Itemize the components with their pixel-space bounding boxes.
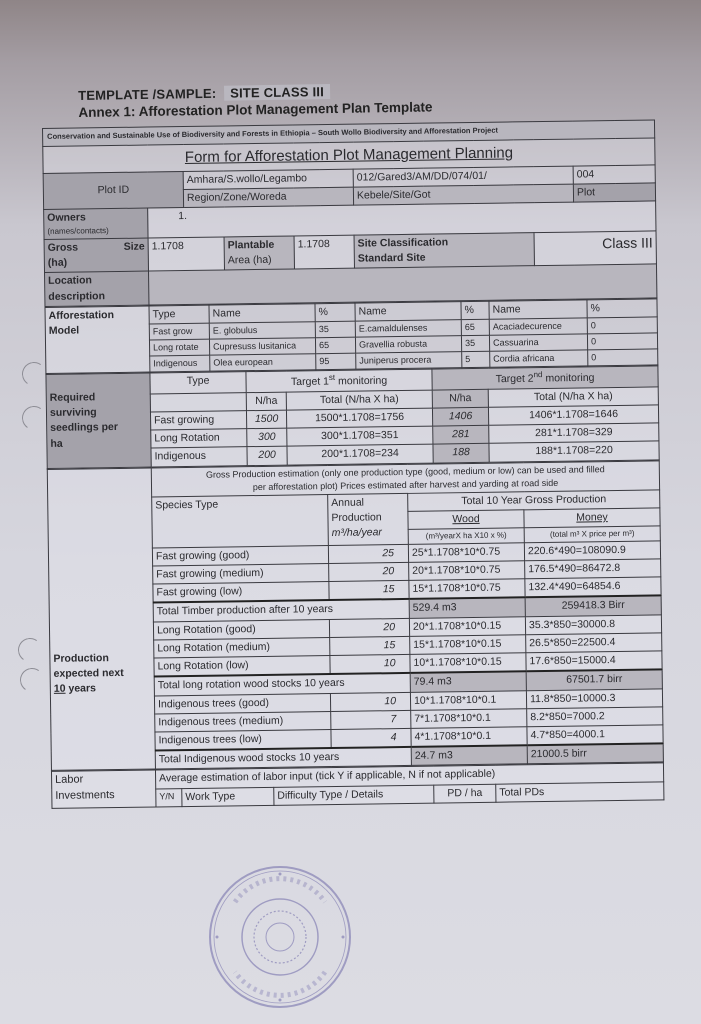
- seedlings-cell: 300*1.1708=351: [287, 426, 433, 446]
- punch-hole-mark: [18, 666, 46, 694]
- model-cell: Long rotate: [149, 339, 209, 356]
- total-header: Total (N/ha X ha): [488, 387, 658, 408]
- model-cell: 65: [461, 319, 489, 335]
- seedlings-cell: Long Rotation: [151, 429, 247, 449]
- model-cell: 0: [587, 333, 657, 350]
- production-cell: 15: [329, 581, 409, 601]
- model-cell: Juniperus procera: [356, 352, 462, 370]
- seedlings-cell: 1406: [432, 407, 488, 426]
- production-total-money: 21000.5 birr: [527, 744, 663, 765]
- model-cell: 35: [315, 321, 355, 338]
- species-type-header: Species Type: [152, 494, 329, 547]
- production-label: Production: [53, 650, 150, 667]
- template-prefix: TEMPLATE /SAMPLE:: [78, 86, 216, 103]
- seedlings-type-header: Type: [150, 372, 246, 394]
- production-cell: 4.7*850=4000.1: [527, 725, 663, 746]
- production-cell: 8.2*850=7000.2: [527, 707, 663, 727]
- production-total-money: 259418.3 Birr: [525, 596, 661, 617]
- production-total-wood: 79.4 m3: [410, 672, 526, 692]
- production-cell: 15*1.1708*10*0.15: [410, 635, 526, 655]
- production-cell: 25: [328, 544, 408, 563]
- site-classification-sub: Standard Site: [358, 249, 531, 267]
- model-cell: Cordia africana: [490, 350, 588, 367]
- nha-header: N/ha: [432, 389, 488, 408]
- labor-header-difficulty: Difficulty Type / Details: [274, 785, 434, 805]
- model-cell: 0: [588, 349, 658, 366]
- gross-size-value: 1.1708: [148, 237, 224, 271]
- punch-hole-mark: [20, 360, 48, 388]
- seedlings-cell: 300: [247, 428, 287, 447]
- model-cell: Cupresuss lusitanica: [209, 338, 315, 356]
- model-cell: E.camaldulenses: [355, 320, 461, 338]
- gross-unit-label: (ha): [48, 255, 145, 272]
- model-cell: 35: [461, 335, 489, 351]
- region-label: Region/Zone/Woreda: [183, 187, 353, 208]
- plantable-unit-label: Area (ha): [228, 253, 291, 269]
- production-cell: Indigenous trees (low): [155, 730, 331, 751]
- production-cell: 10*1.1708*10*0.15: [410, 653, 526, 673]
- empty-cell: [150, 393, 246, 413]
- production-cell: Indigenous trees (good): [154, 693, 330, 714]
- seedlings-cell: 1406*1.1708=1646: [488, 405, 658, 426]
- seedlings-label: surviving: [50, 405, 147, 422]
- region-value: Amhara/S.wollo/Legambo: [183, 169, 353, 190]
- labor-table: Labor Investments Average estimation of …: [51, 763, 664, 809]
- production-cell: 15*1.1708*10*0.75: [409, 579, 525, 599]
- seedlings-cell: Indigenous: [151, 447, 247, 467]
- seedlings-cell: 1500*1.1708=1756: [286, 408, 432, 428]
- plantable-area-value: 1.1708: [294, 235, 354, 269]
- production-cell: 20: [329, 618, 409, 637]
- money-header: Money: [524, 508, 660, 528]
- model-cell: Acaciadecurence: [489, 318, 587, 335]
- model-cell: Gravellia robusta: [355, 336, 461, 354]
- production-cell: 132.4*490=64854.6: [525, 577, 661, 598]
- production-cell: 7*1.1708*10*0.1: [411, 709, 527, 729]
- seedlings-cell: 281: [433, 426, 489, 445]
- model-header-percent: %: [587, 299, 657, 318]
- plot-management-form: Conservation and Sustainable Use of Biod…: [42, 119, 663, 808]
- owners-label: Owners: [47, 210, 144, 227]
- gross-label: Gross: [48, 240, 79, 256]
- model-header-percent: %: [461, 301, 489, 320]
- production-cell: 15: [330, 636, 410, 655]
- production-table: Production expected next 10 years Gross …: [47, 460, 664, 771]
- first-monitoring-header: Target 1st monitoring: [246, 369, 432, 392]
- production-label: expected next: [54, 666, 151, 683]
- form-header-table: Conservation and Sustainable Use of Biod…: [42, 119, 658, 306]
- production-cell: 4: [331, 728, 411, 748]
- plot-label: Plot: [573, 183, 655, 202]
- model-cell: E. globulus: [209, 322, 315, 340]
- labor-label: Labor: [55, 772, 152, 789]
- annual-header: Annual: [331, 495, 404, 511]
- wood-header: Wood: [408, 510, 524, 530]
- production-cell: 17.6*850=15000.4: [526, 651, 662, 672]
- plantable-label: Plantable: [228, 237, 291, 253]
- site-class-highlight: SITE CLASS III: [224, 84, 330, 101]
- production-cell: 20*1.1708*10*0.75: [409, 561, 525, 581]
- seedlings-cell: Fast growing: [150, 411, 246, 431]
- annex-title: Annex 1: Afforestation Plot Management P…: [78, 99, 432, 120]
- location-label: Location: [48, 273, 145, 290]
- production-total-wood: 529.4 m3: [409, 598, 525, 618]
- model-cell: Indigenous: [150, 355, 210, 372]
- labor-header-pd-ha: PD / ha: [434, 784, 496, 803]
- model-header-percent: %: [315, 303, 355, 322]
- seedlings-table: Required surviving seedlings per ha Type…: [45, 366, 659, 469]
- seedlings-cell: 281*1.1708=329: [489, 423, 659, 444]
- size-label: Size: [124, 239, 145, 255]
- seedlings-label: Required: [50, 390, 147, 407]
- model-header-name: Name: [489, 300, 587, 320]
- years-number: 10: [54, 683, 66, 695]
- document-page: TEMPLATE /SAMPLE: SITE CLASS III Annex 1…: [0, 0, 701, 1024]
- investments-label: Investments: [55, 788, 152, 805]
- official-seal-stamp: [205, 862, 355, 1012]
- model-cell: 0: [587, 317, 657, 334]
- production-cell: 11.8*850=10000.3: [526, 688, 662, 708]
- owners-sublabel: (names/contacts): [47, 225, 144, 238]
- production-cell: 26.5*850=22500.4: [526, 633, 662, 653]
- production-cell: Fast growing (low): [153, 582, 329, 603]
- production-cell: Long Rotation (medium): [154, 637, 330, 658]
- seedlings-cell: 200*1.1708=234: [287, 445, 433, 465]
- labor-header-total-pds: Total PDs: [496, 782, 664, 803]
- wood-formula-header: (m³/yearX ha X10 x %): [408, 528, 524, 544]
- seedlings-label: ha: [50, 435, 147, 452]
- model-cell: 95: [316, 353, 356, 370]
- production-cell: 25*1.1708*10*0.75: [408, 543, 524, 563]
- production-cell: 176.5*490=86472.8: [525, 559, 661, 579]
- model-cell: Cassuarina: [489, 334, 587, 351]
- seedlings-label: seedlings per: [50, 420, 147, 437]
- seedlings-cell: 200: [247, 447, 287, 466]
- seedlings-cell: 188*1.1708=220: [489, 441, 659, 462]
- production-total-money: 67501.7 birr: [526, 670, 662, 691]
- production-cell: 4*1.1708*10*0.1: [411, 727, 527, 747]
- production-cell: Long Rotation (low): [154, 656, 330, 677]
- model-cell: 5: [462, 351, 490, 367]
- seedlings-cell: 1500: [246, 410, 286, 429]
- site-class-value: Class III: [534, 231, 657, 266]
- production-cell: 35.3*850=30000.8: [525, 615, 661, 635]
- annual-header: Production: [331, 510, 404, 526]
- seedlings-cell: 188: [433, 444, 489, 463]
- model-header-name: Name: [355, 301, 461, 321]
- model-header-name: Name: [209, 303, 315, 323]
- punch-hole-mark: [16, 636, 44, 664]
- model-header-type: Type: [149, 305, 209, 324]
- production-cell: Long Rotation (good): [153, 619, 329, 640]
- labor-header-yn: Y/N: [156, 788, 182, 807]
- production-cell: 10: [330, 692, 410, 711]
- document-heading: TEMPLATE /SAMPLE: SITE CLASS III Annex 1…: [78, 82, 433, 120]
- production-cell: 10*1.1708*10*0.1: [410, 690, 526, 710]
- years-label: years: [65, 682, 96, 694]
- model-cell: 65: [315, 337, 355, 354]
- afforestation-label: Afforestation: [49, 307, 146, 324]
- model-cell: Fast grow: [149, 323, 209, 340]
- production-cell: 7: [331, 710, 411, 729]
- model-label: Model: [49, 323, 146, 340]
- plot-id-label: Plot ID: [43, 171, 183, 209]
- production-cell: Fast growing (good): [152, 545, 328, 566]
- production-cell: Fast growing (medium): [153, 564, 329, 585]
- model-cell: Olea european: [210, 354, 316, 372]
- production-cell: 220.6*490=108090.9: [524, 541, 660, 561]
- production-cell: 20: [329, 562, 409, 581]
- production-cell: Indigenous trees (medium): [155, 711, 331, 732]
- labor-header-work-type: Work Type: [182, 787, 274, 807]
- production-cell: 10: [330, 655, 410, 675]
- nha-header: N/ha: [246, 392, 286, 411]
- total-header: Total (N/ha X ha): [286, 390, 432, 410]
- production-cell: 20*1.1708*10*0.15: [409, 617, 525, 637]
- annual-unit: m³/ha/year: [332, 525, 405, 541]
- afforestation-model-table: Afforestation Model Type Name % Name % N…: [44, 298, 658, 374]
- production-total-wood: 24.7 m3: [411, 746, 527, 766]
- punch-hole-mark: [20, 404, 48, 432]
- location-sublabel: description: [48, 288, 145, 305]
- plot-number-value: 004: [573, 165, 655, 184]
